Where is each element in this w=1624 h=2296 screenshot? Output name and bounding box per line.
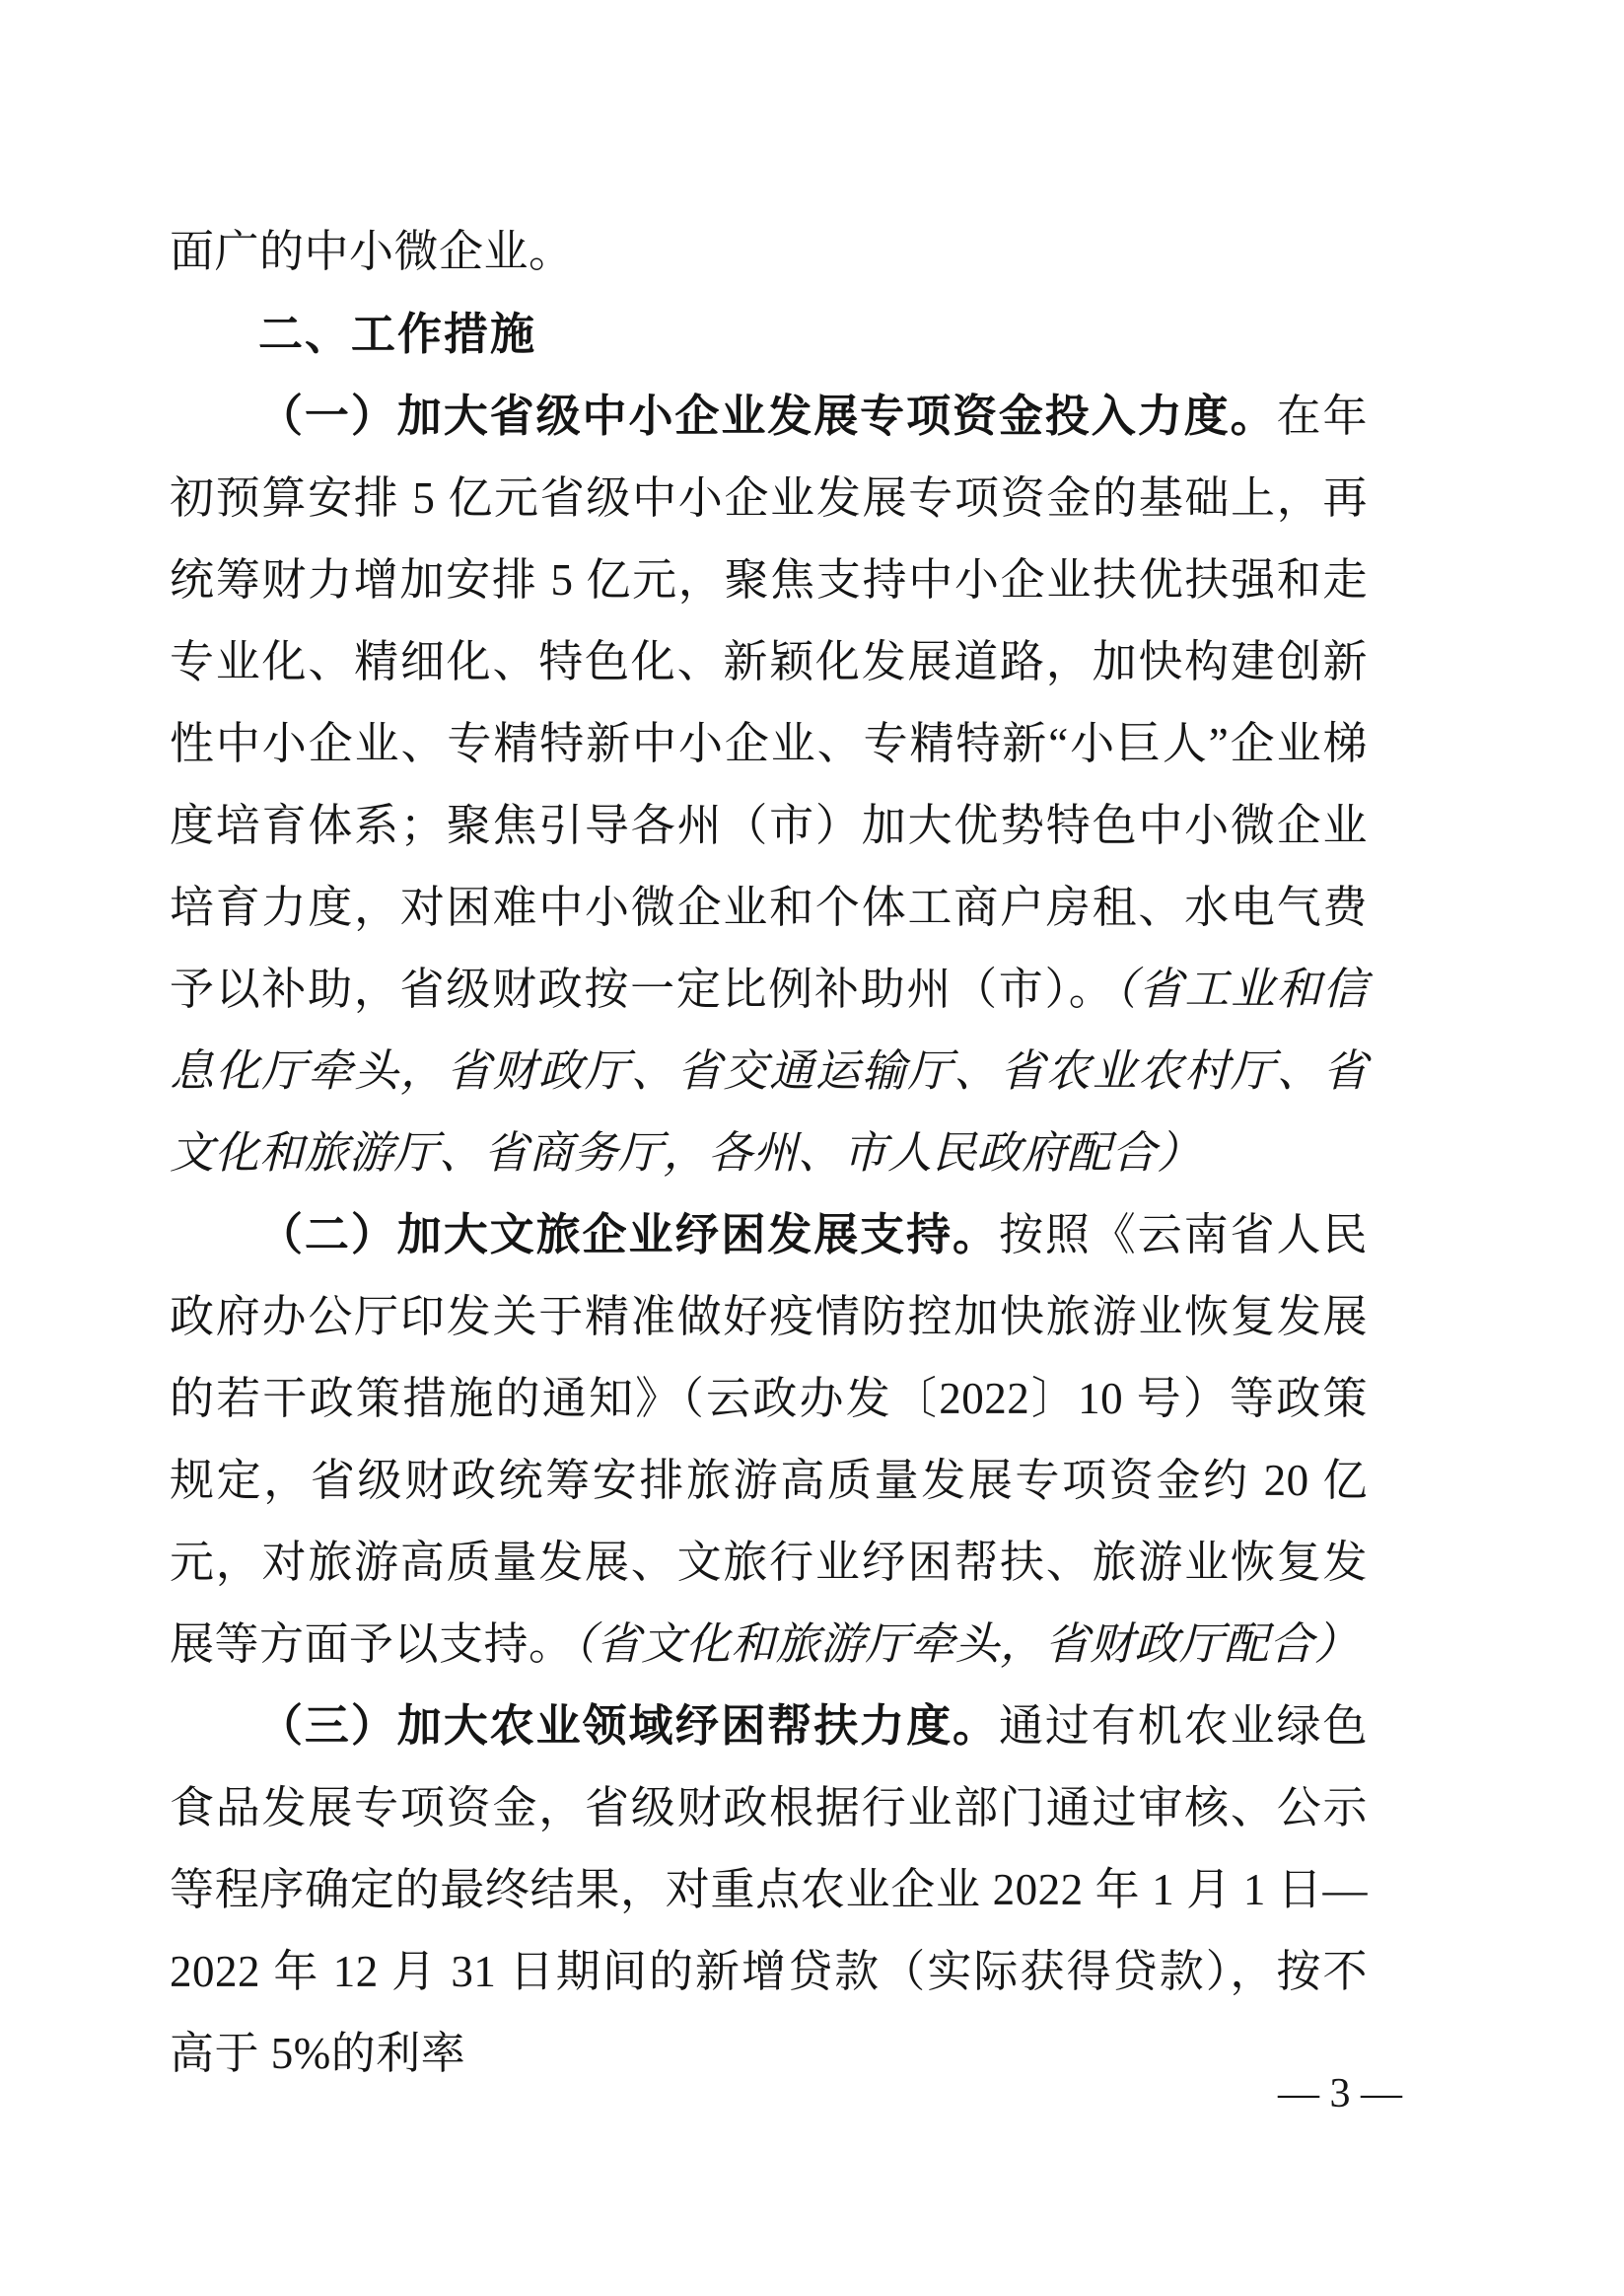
paragraph-item-2: （二）加大文旅企业纾困发展支持。按照《云南省人民政府办公厅印发关于精准做好疫情防… bbox=[170, 1194, 1368, 1686]
document-body: 面广的中小微企业。 二、工作措施 （一）加大省级中小企业发展专项资金投入力度。在… bbox=[170, 211, 1368, 2095]
section-heading-text: 二、工作措施 bbox=[258, 309, 536, 359]
paragraph-2-body: 按照《云南省人民政府办公厅印发关于精准做好疫情防控加快旅游业恢复发展的若干政策措… bbox=[170, 1210, 1368, 1669]
paragraph-continuation: 面广的中小微企业。 bbox=[170, 211, 1368, 293]
paragraph-1-body: 在年初预算安排 5 亿元省级中小企业发展专项资金的基础上，再统筹财力增加安排 5… bbox=[170, 392, 1368, 1014]
paragraph-2-lead: （二）加大文旅企业纾困发展支持。 bbox=[258, 1210, 999, 1259]
paragraph-1-lead: （一）加大省级中小企业发展专项资金投入力度。 bbox=[258, 392, 1277, 441]
section-heading: 二、工作措施 bbox=[170, 293, 1368, 376]
paragraph-3-body: 通过有机农业绿色食品发展专项资金，省级财政根据行业部门通过审核、公示等程序确定的… bbox=[170, 1701, 1368, 2078]
continuation-text: 面广的中小微企业。 bbox=[170, 227, 574, 276]
paragraph-3-lead: （三）加大农业领域纾困帮扶力度。 bbox=[258, 1701, 999, 1751]
page-number: — 3 — bbox=[1278, 2069, 1402, 2118]
document-page: 面广的中小微企业。 二、工作措施 （一）加大省级中小企业发展专项资金投入力度。在… bbox=[0, 0, 1624, 2296]
paragraph-item-3: （三）加大农业领域纾困帮扶力度。通过有机农业绿色食品发展专项资金，省级财政根据行… bbox=[170, 1686, 1368, 2095]
paragraph-2-department-note: （省文化和旅游厅牵头，省财政厅配合） bbox=[574, 1619, 1360, 1669]
paragraph-item-1: （一）加大省级中小企业发展专项资金投入力度。在年初预算安排 5 亿元省级中小企业… bbox=[170, 376, 1368, 1194]
